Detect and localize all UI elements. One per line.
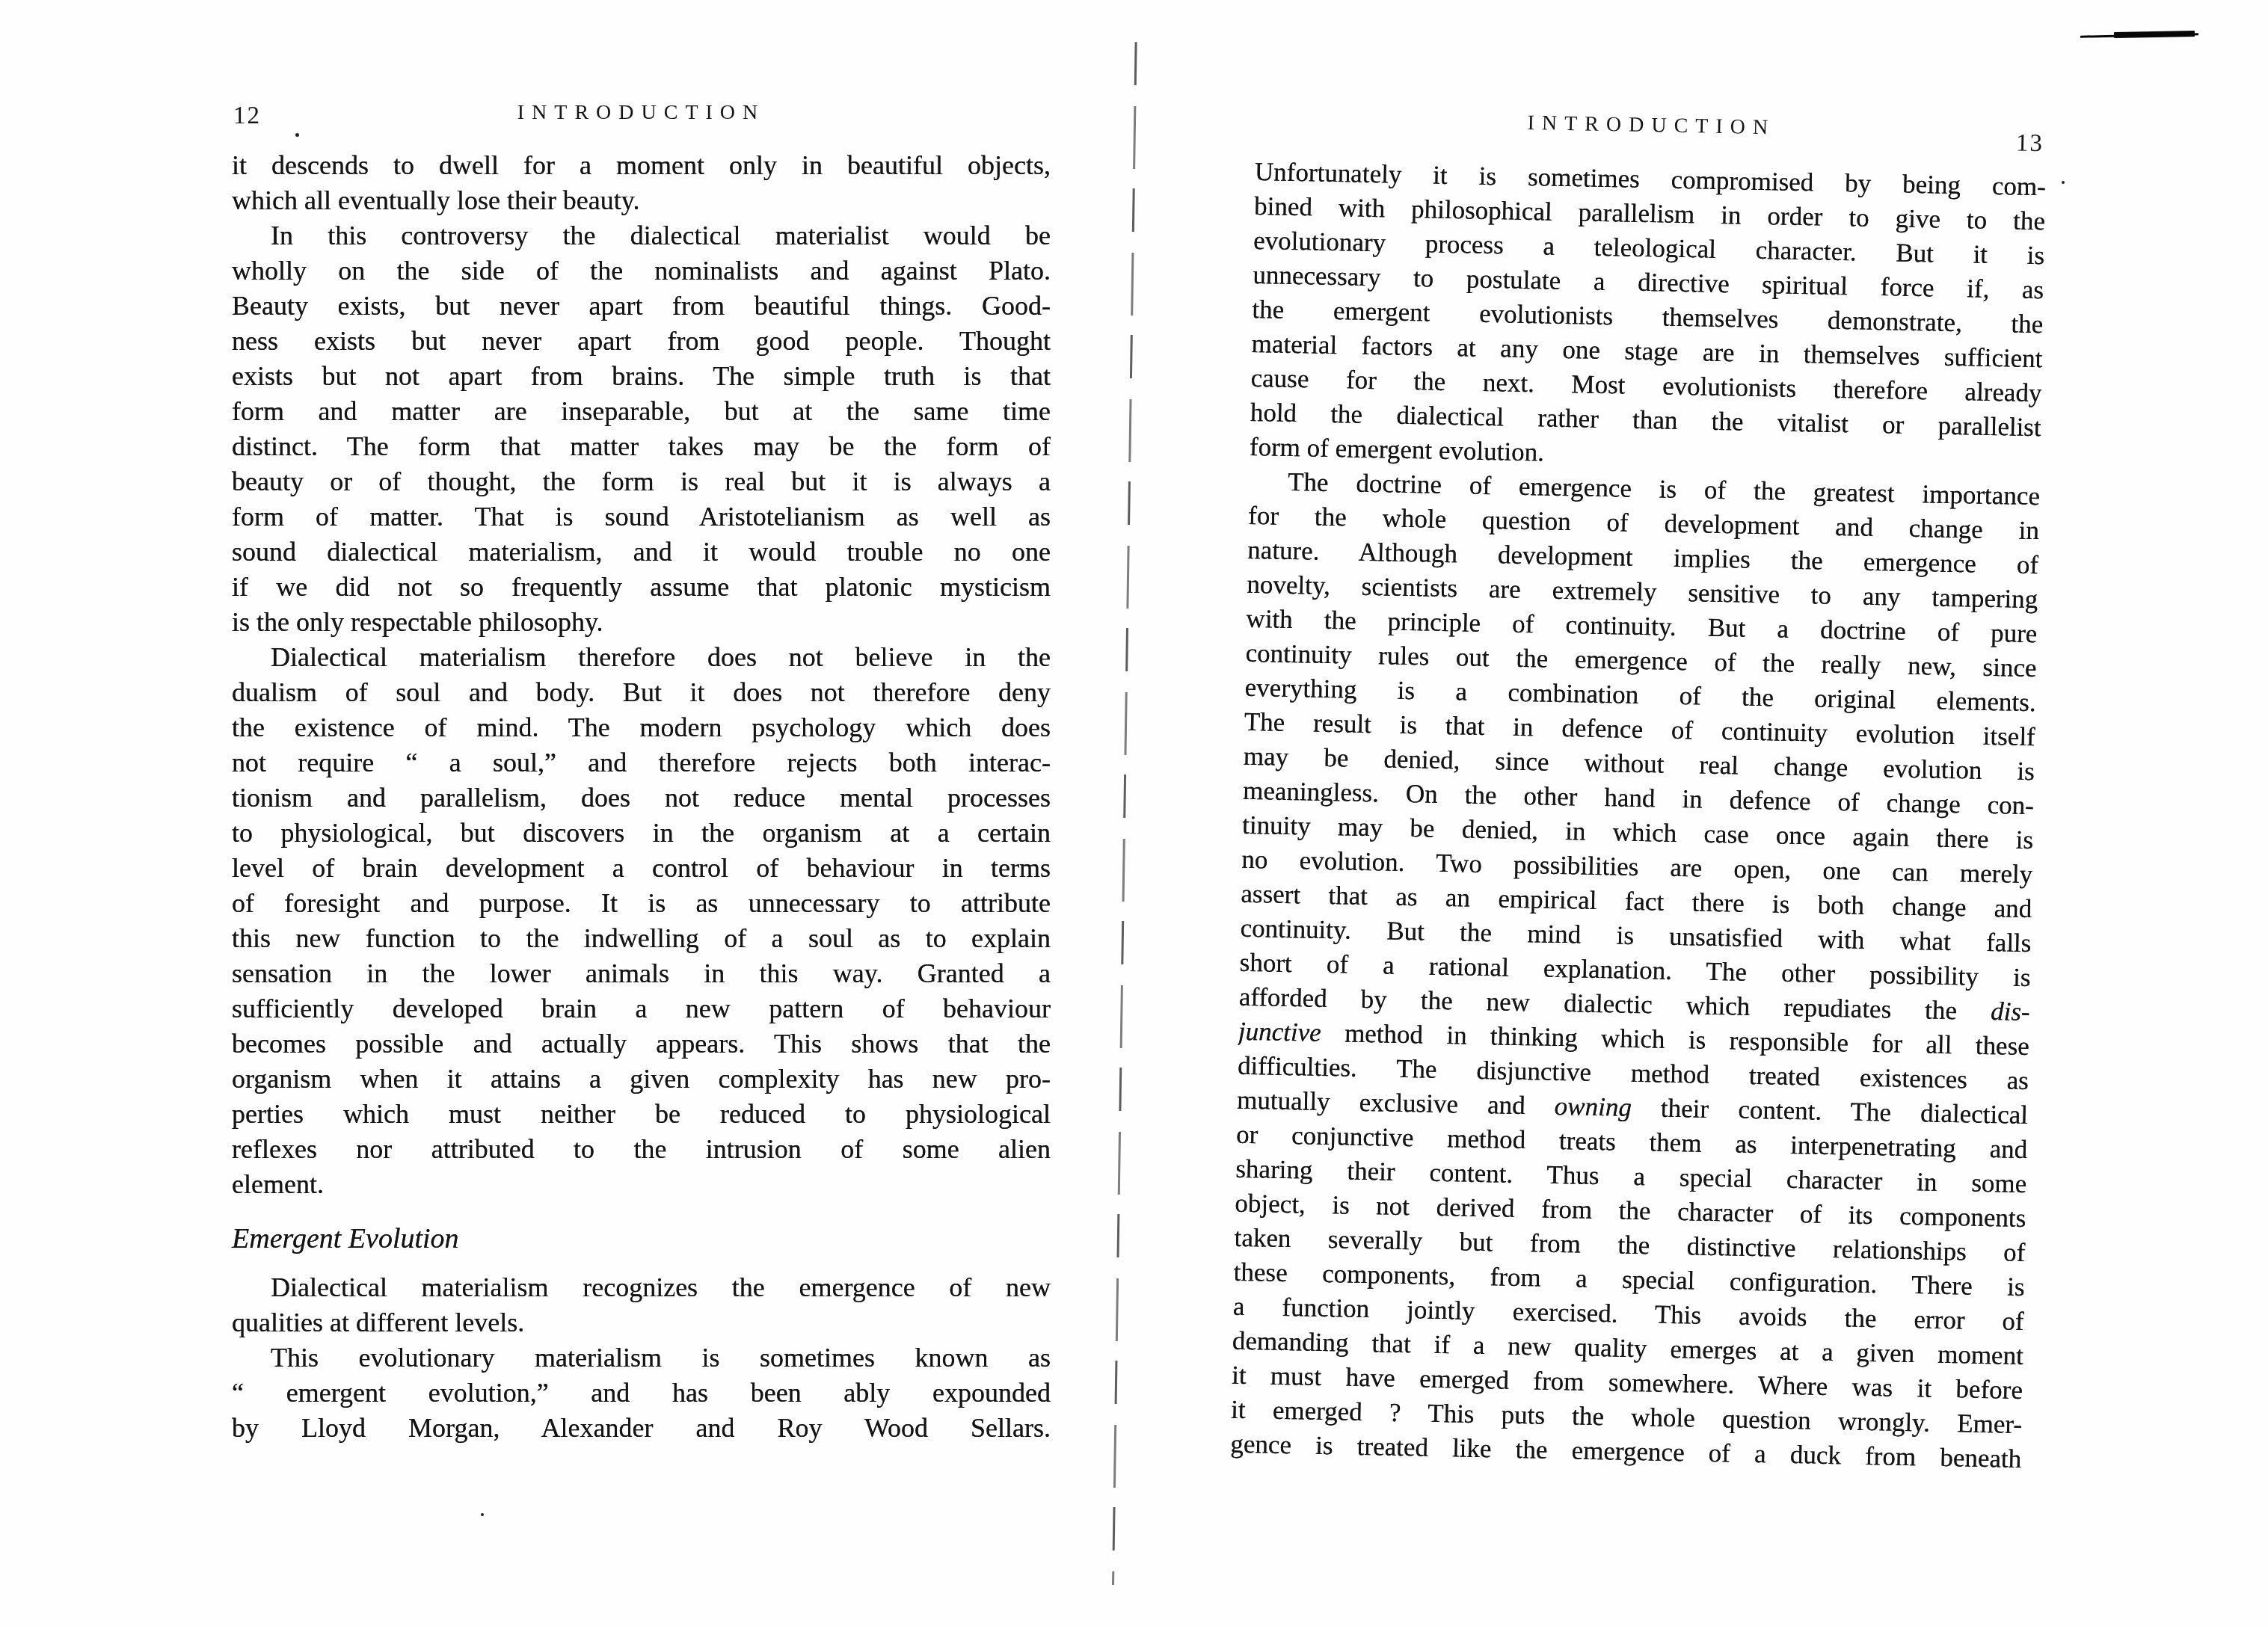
- text-line: element.: [232, 1167, 1051, 1202]
- text-line: Dialectical materialism recognizes the e…: [232, 1270, 1051, 1305]
- left-page-text: it descends to dwell for a moment only i…: [232, 148, 1051, 1446]
- text-line: to physiological, but discovers in the o…: [232, 816, 1051, 851]
- text-line: sufficiently developed brain a new patte…: [232, 991, 1051, 1026]
- text-line: reflexes nor attributed to the intrusion…: [232, 1132, 1051, 1167]
- paragraph-continuation: it descends to dwell for a moment only i…: [232, 148, 1051, 218]
- text-line: form of matter. That is sound Aristoteli…: [232, 499, 1051, 535]
- text-line: this new function to the indwelling of a…: [232, 921, 1051, 956]
- text-line: This evolutionary materialism is sometim…: [232, 1340, 1051, 1376]
- text-segment: their content. The dialectical: [1632, 1093, 2029, 1130]
- text-line: Beauty exists, but never apart from beau…: [232, 289, 1051, 324]
- book-spread: 12 INTRODUCTION it descends to dwell for…: [0, 0, 2268, 1626]
- text-line: Dialectical materialism therefore does n…: [232, 640, 1051, 675]
- text-line: form and matter are inseparable, but at …: [232, 394, 1051, 429]
- right-running-header: INTRODUCTION: [1256, 106, 2047, 145]
- text-line: In this controversy the dialectical mate…: [232, 218, 1051, 253]
- text-line: dualism of soul and body. But it does no…: [232, 675, 1051, 710]
- text-line: beauty or of thought, the form is real b…: [232, 464, 1051, 499]
- text-line: it descends to dwell for a moment only i…: [232, 148, 1051, 183]
- paragraph: This evolutionary materialism is sometim…: [232, 1340, 1051, 1446]
- italic-text-segment: owning: [1554, 1091, 1632, 1122]
- section-heading: Emergent Evolution: [232, 1222, 1051, 1257]
- page-fold-line: [1112, 42, 1137, 1585]
- paragraph: In this controversy the dialectical mate…: [232, 218, 1051, 640]
- text-line: exists but not apart from brains. The si…: [232, 359, 1051, 394]
- text-line: sound dialectical materialism, and it wo…: [232, 535, 1051, 570]
- left-page: 12 INTRODUCTION it descends to dwell for…: [232, 99, 1051, 1446]
- left-page-header: 12 INTRODUCTION: [232, 99, 1051, 131]
- text-line: becomes possible and actually appears. T…: [232, 1026, 1051, 1062]
- text-line: level of brain development a control of …: [232, 851, 1051, 886]
- right-page-number: 13: [2016, 130, 2044, 158]
- text-line: by Lloyd Morgan, Alexander and Roy Wood …: [232, 1411, 1051, 1446]
- paragraph-continuation: Unfortunately it is sometimes compromise…: [1250, 155, 2047, 479]
- text-line: is the only respectable philosophy.: [232, 605, 1051, 640]
- paragraph: Dialectical materialism recognizes the e…: [232, 1270, 1051, 1340]
- scan-speck: [481, 1513, 484, 1516]
- paragraph: Dialectical materialism therefore does n…: [232, 640, 1051, 1202]
- scan-pen-mark-thick-stroke: [2114, 31, 2195, 38]
- right-page-text: Unfortunately it is sometimes compromise…: [1230, 155, 2046, 1476]
- text-line: tionism and parallelism, does not reduce…: [232, 780, 1051, 816]
- text-line: the existence of mind. The modern psycho…: [232, 710, 1051, 745]
- text-line: not require “ a soul,” and therefore rej…: [232, 745, 1051, 780]
- scanned-book-spread: { "colors": { "paper": "#fefefe", "ink":…: [0, 0, 2268, 1626]
- text-line: organism when it attains a given complex…: [232, 1062, 1051, 1097]
- text-line: ness exists but never apart from good pe…: [232, 324, 1051, 359]
- text-line: wholly on the side of the nominalists an…: [232, 253, 1051, 289]
- text-line: which all eventually lose their beauty.: [232, 183, 1051, 218]
- left-running-header: INTRODUCTION: [232, 101, 1051, 125]
- text-line: if we did not so frequently assume that …: [232, 570, 1051, 605]
- text-line: perties which must neither be reduced to…: [232, 1097, 1051, 1132]
- text-line: sensation in the lower animals in this w…: [232, 956, 1051, 991]
- text-line: qualities at different levels.: [232, 1305, 1051, 1340]
- scan-pen-mark: [2080, 28, 2200, 39]
- text-line: distinct. The form that matter takes may…: [232, 429, 1051, 464]
- right-page: INTRODUCTION 13 Unfortunately it is some…: [1230, 105, 2047, 1476]
- text-line: of foresight and purpose. It is as unnec…: [232, 886, 1051, 921]
- italic-text-segment: junctive: [1238, 1017, 1322, 1047]
- italic-text-segment: dis-: [1991, 997, 2030, 1026]
- paragraph: The doctrine of emergence is of the grea…: [1230, 464, 2040, 1476]
- right-page-header: INTRODUCTION 13: [1256, 105, 2047, 151]
- scan-speck: [2062, 181, 2065, 184]
- text-line: “ emergent evolution,” and has been ably…: [232, 1376, 1051, 1411]
- text-segment: mutually exclusive and: [1237, 1085, 1555, 1121]
